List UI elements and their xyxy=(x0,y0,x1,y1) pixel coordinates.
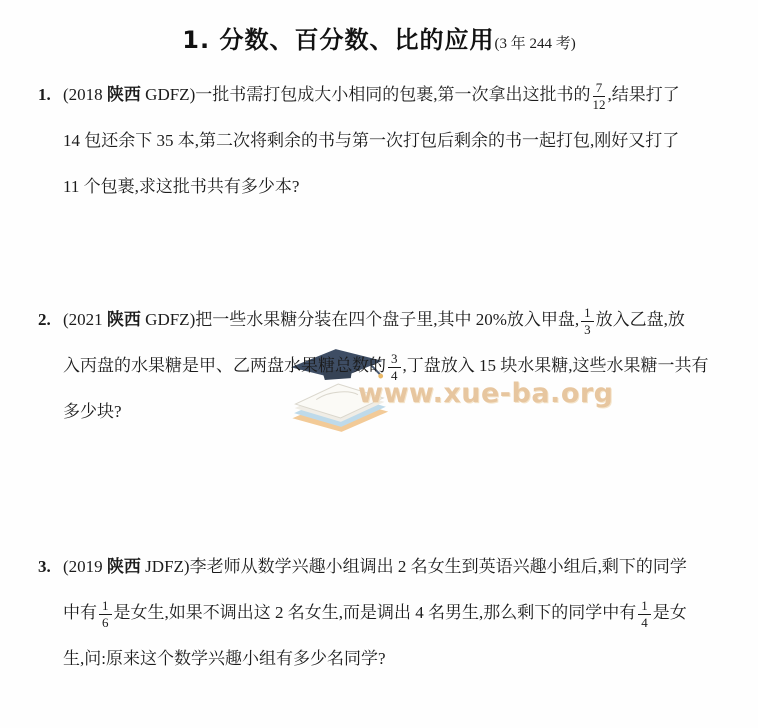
line-text: GDFZ)一批书需打包成大小相同的包裹,第一次拿出这批书的 xyxy=(141,85,591,104)
line-text: 是女生,如果不调出这 2 名女生,而是调出 4 名男生,那么剩下的同学中有 xyxy=(114,603,637,622)
problem-1: 1. (2018 陕西 GDFZ)一批书需打包成大小相同的包裹,第一次拿出这批书… xyxy=(38,72,744,210)
line-text: ,结果打了 xyxy=(607,85,679,104)
problem-line: 入丙盘的水果糖是甲、乙两盘水果糖总数的34,丁盘放入 15 块水果糖,这些水果糖… xyxy=(38,343,744,389)
fraction: 34 xyxy=(388,352,401,382)
fraction-denominator: 3 xyxy=(584,322,591,337)
problem-line: 生,问:原来这个数学兴趣小组有多少名同学? xyxy=(38,636,744,682)
line-text: 放入乙盘,放 xyxy=(596,310,685,329)
page-title: 1. 分数、百分数、比的应用(3 年 244 考) xyxy=(0,20,758,55)
line-text: (2021 xyxy=(63,310,107,329)
fraction-numerator: 1 xyxy=(99,599,112,615)
problem-number: 3. xyxy=(38,544,51,590)
fraction-numerator: 7 xyxy=(593,81,606,97)
fraction: 13 xyxy=(581,306,594,336)
line-text: 14 包还余下 35 本,第二次将剩余的书与第一次打包后剩余的书一起打包,刚好又… xyxy=(63,131,679,150)
fraction-numerator: 1 xyxy=(638,599,651,615)
problem-line: 14 包还余下 35 本,第二次将剩余的书与第一次打包后剩余的书一起打包,刚好又… xyxy=(38,118,744,164)
fraction-denominator: 4 xyxy=(391,368,398,383)
line-text: 生,问:原来这个数学兴趣小组有多少名同学? xyxy=(63,649,386,668)
line-text: 是女 xyxy=(653,603,687,622)
problem-3: 3. (2019 陕西 JDFZ)李老师从数学兴趣小组调出 2 名女生到英语兴趣… xyxy=(38,544,744,682)
line-text: 多少块? xyxy=(63,402,122,421)
fraction-numerator: 3 xyxy=(388,352,401,368)
problem-line: 中有16是女生,如果不调出这 2 名女生,而是调出 4 名男生,那么剩下的同学中… xyxy=(38,590,744,636)
fraction: 16 xyxy=(99,599,112,629)
problem-line: 11 个包裹,求这批书共有多少本? xyxy=(38,164,744,210)
fraction: 712 xyxy=(592,81,605,111)
problem-2: 2. (2021 陕西 GDFZ)把一些水果糖分装在四个盘子里,其中 20%放入… xyxy=(38,297,744,435)
fraction-numerator: 1 xyxy=(581,306,594,322)
page-title-text: 1. 分数、百分数、比的应用 xyxy=(182,26,494,54)
problem-line: (2019 陕西 JDFZ)李老师从数学兴趣小组调出 2 名女生到英语兴趣小组后… xyxy=(38,544,744,590)
fraction: 14 xyxy=(638,599,651,629)
line-text: (2018 xyxy=(63,85,107,104)
region-text: 陕西 xyxy=(107,557,141,576)
page-title-stat: (3 年 244 考) xyxy=(494,36,575,52)
problem-line: (2018 陕西 GDFZ)一批书需打包成大小相同的包裹,第一次拿出这批书的71… xyxy=(38,72,744,118)
problem-number: 1. xyxy=(38,72,51,118)
line-text: (2019 xyxy=(63,557,107,576)
problem-line: 多少块? xyxy=(38,389,744,435)
fraction-denominator: 6 xyxy=(102,615,109,630)
line-text: 入丙盘的水果糖是甲、乙两盘水果糖总数的 xyxy=(63,356,386,375)
worksheet-page: www.xue-ba.org 1. 分数、百分数、比的应用(3 年 244 考)… xyxy=(0,0,758,728)
region-text: 陕西 xyxy=(107,85,141,104)
line-text: ,丁盘放入 15 块水果糖,这些水果糖一共有 xyxy=(403,356,709,375)
line-text: 中有 xyxy=(63,603,97,622)
line-text: 11 个包裹,求这批书共有多少本? xyxy=(63,177,299,196)
region-text: 陕西 xyxy=(107,310,141,329)
line-text: GDFZ)把一些水果糖分装在四个盘子里,其中 20%放入甲盘, xyxy=(141,310,579,329)
problem-number: 2. xyxy=(38,297,51,343)
fraction-denominator: 12 xyxy=(592,97,605,112)
problem-line: (2021 陕西 GDFZ)把一些水果糖分装在四个盘子里,其中 20%放入甲盘,… xyxy=(38,297,744,343)
fraction-denominator: 4 xyxy=(641,615,648,630)
line-text: JDFZ)李老师从数学兴趣小组调出 2 名女生到英语兴趣小组后,剩下的同学 xyxy=(141,557,687,576)
